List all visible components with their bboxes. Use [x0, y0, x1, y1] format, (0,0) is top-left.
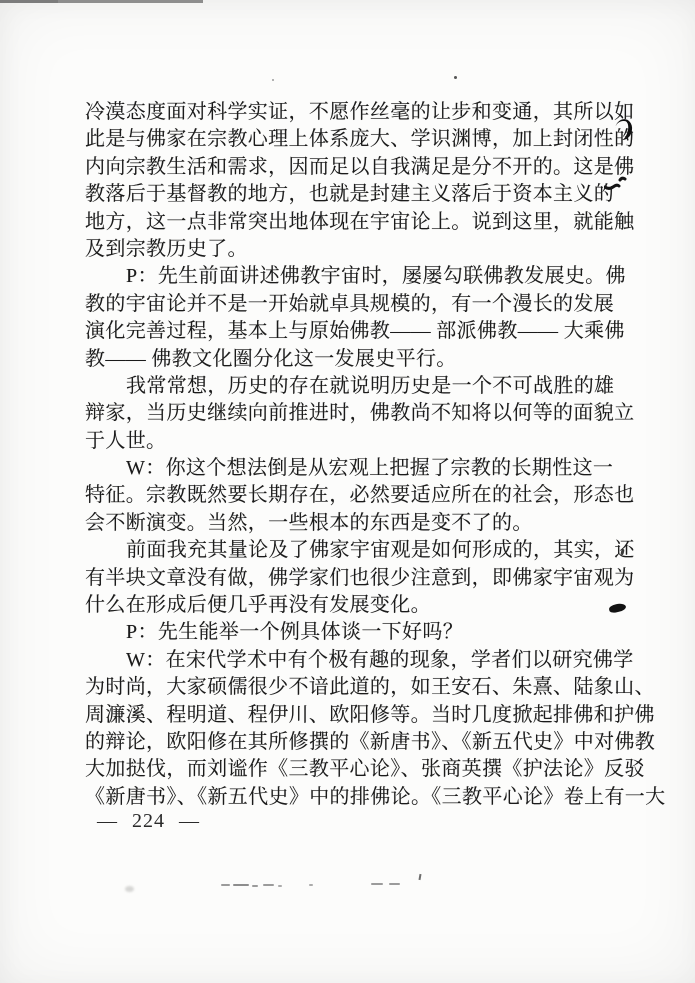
text-line: 《新唐书》、《新五代史》中的排佛论。《三教平心论》卷上有一大 [85, 784, 613, 811]
text-line: 周濂溪、程明道、程伊川、欧阳修等。当时几度掀起排佛和护佛 [85, 702, 613, 729]
text-line: 地方，这一点非常突出地体现在宇宙论上。说到这里，就能触 [85, 209, 613, 236]
scan-speck [272, 79, 274, 81]
scan-dash [252, 885, 258, 887]
text-line: 我常常想，历史的存在就说明历史是一个不可战胜的雄 [85, 373, 613, 400]
text-line: 冷漠态度面对科学实证，不愿作丝毫的让步和变通，其所以如 [85, 99, 613, 126]
body-text: 冷漠态度面对科学实证，不愿作丝毫的让步和变通，其所以如此是与佛家在宗教心理上体系… [85, 99, 613, 811]
text-line: P：先生前面讲述佛教宇宙时，屡屡勾联佛教发展史。佛 [85, 263, 613, 290]
scan-dash [309, 884, 313, 886]
scan-dash [263, 884, 274, 886]
scan-tick [418, 874, 421, 880]
text-line: 教—— 佛教文化圈分化这一发展史平行。 [85, 346, 613, 373]
text-line: 内向宗教生活和需求，因而足以自我满足是分不开的。这是佛 [85, 154, 613, 181]
text-line: 演化完善过程，基本上与原始佛教—— 部派佛教—— 大乘佛 [85, 318, 613, 345]
scan-dash [371, 883, 383, 885]
text-line: 于人世。 [85, 428, 613, 455]
scan-speck [454, 76, 457, 79]
scan-dash [389, 883, 400, 885]
text-line: 为时尚，大家硕儒很少不谙此道的，如王安石、朱熹、陆象山、 [85, 674, 613, 701]
text-line: W：你这个想法倒是从宏观上把握了宗教的长期性这一 [85, 455, 613, 482]
scan-dash [278, 885, 282, 887]
text-line: 特征。宗教既然要长期存在，必然要适应所在的社会，形态也 [85, 482, 613, 509]
scan-artifact-top-bar [0, 0, 203, 3]
scan-dash [233, 884, 249, 886]
text-line: P：先生能举一个例具体谈一下好吗？ [85, 619, 613, 646]
book-page: 冷漠态度面对科学实证，不愿作丝毫的让步和变通，其所以如此是与佛家在宗教心理上体系… [0, 0, 695, 983]
text-line: 的辩论，欧阳修在其所修撰的《新唐书》、《新五代史》中对佛教 [85, 729, 613, 756]
text-line: 大加挞伐，而刘谧作《三教平心论》、张商英撰《护法论》反驳 [85, 756, 613, 783]
text-line: 前面我充其量论及了佛家宇宙观是如何形成的，其实，还 [85, 537, 613, 564]
scan-smudge [125, 886, 134, 892]
text-line: 教的宇宙论并不是一开始就卓具规模的，有一个漫长的发展 [85, 291, 613, 318]
text-line: 有半块文章没有做，佛学家们也很少注意到，即佛家宇宙观为 [85, 565, 613, 592]
text-line: 及到宗教历史了。 [85, 236, 613, 263]
scan-dash [221, 884, 230, 886]
text-line: 辩家，当历史继续向前推进时，佛教尚不知将以何等的面貌立 [85, 400, 613, 427]
text-line: 会不断演变。当然，一些根本的东西是变不了的。 [85, 510, 613, 537]
page-number: — 224 — [97, 810, 200, 833]
text-line: 此是与佛家在宗教心理上体系庞大、学识渊博，加上封闭性的 [85, 126, 613, 153]
text-line: 教落后于基督教的地方，也就是封建主义落后于资本主义的 [85, 181, 613, 208]
text-line: W：在宋代学术中有个极有趣的现象，学者们以研究佛学 [85, 647, 613, 674]
text-line: 什么在形成后便几乎再没有发展变化。 [85, 592, 613, 619]
